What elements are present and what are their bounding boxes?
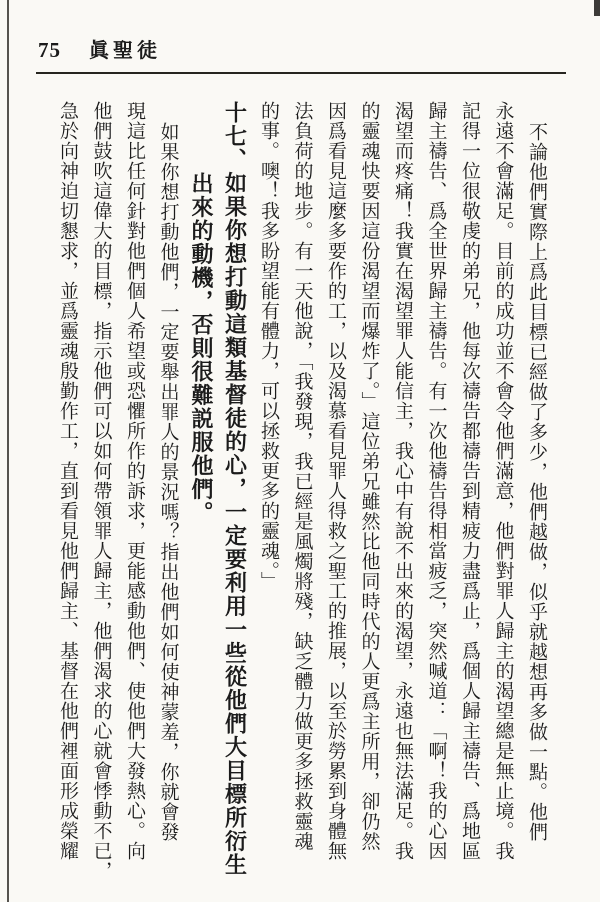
book-title: 眞聖徒 [89, 40, 161, 62]
text-column: 因爲看見這麼多要作的工，以及渴慕看見罪人得救之聖工的推展，以至於勞累到身體無 [319, 101, 353, 885]
page-number: 75 [38, 38, 61, 62]
vertical-text-area: 不論他們實際上爲此目標已經做了多少，他們越做，似乎就越想再多做一點。他們 永遠不… [51, 101, 554, 885]
text-column: 他們鼓吹這偉大的目標，指示他們可以如何帶領罪人歸主，他們渴求的心就會悸動不已， [84, 101, 118, 885]
section-heading-column: 出來的動機，否則很難説服他們。 [185, 101, 219, 885]
text-column: 渴望而疼痛！我實在渴望罪人能信主，我心中有說不出來的渴望，永遠也無法滿足。我 [386, 101, 420, 885]
scan-edge-line [7, 0, 9, 902]
text-column: 急於向神迫切懇求，並爲靈魂殷勤作工，直到看見他們歸主、基督在他們裡面形成榮耀 [51, 101, 85, 885]
header-rule [36, 72, 566, 74]
text-column: 永遠不會滿足。目前的成功並不會令他們滿意，他們對罪人歸主的渴望總是無止境。我 [486, 101, 520, 885]
text-column: 的靈魂快要因這份渴望而爆炸了。」這位弟兄雖然比他同時代的人更爲主所用，卻仍然 [352, 101, 386, 885]
text-column: 的事。噢！我多盼望能有體力，可以拯救更多的靈魂。」 [252, 101, 286, 885]
text-column: 記得一位很敬虔的弟兄，他每次禱告都禱告到精疲力盡爲止，爲個人歸主禱告、爲地區 [453, 101, 487, 885]
text-column: 如果你想打動他們，一定要舉出罪人的景況嗎？指出他們如何使神蒙羞，你就會發 [151, 101, 185, 885]
running-head: 75 眞聖徒 [38, 34, 570, 68]
text-column: 現這比任何針對他們個人希望或恐懼所作的訴求，更能感動他們、使他們大發熱心。向 [118, 101, 152, 885]
text-column: 法負荷的地步。有一天他說，「我發現，我已經是風燭將殘，缺乏體力做更多拯救靈魂 [285, 101, 319, 885]
text-column: 歸主禱告、爲全世界歸主禱告。有一次他禱告得相當疲乏，突然喊道：「啊！我的心因 [419, 101, 453, 885]
scan-corner-mark [594, 0, 600, 16]
section-heading-column: 十七、如果你想打動這類基督徒的心，一定要利用一些從他們大目標所衍生 [218, 101, 252, 885]
book-page: 75 眞聖徒 不論他們實際上爲此目標已經做了多少，他們越做，似乎就越想再多做一點… [0, 0, 600, 902]
text-column: 不論他們實際上爲此目標已經做了多少，他們越做，似乎就越想再多做一點。他們 [520, 101, 554, 885]
